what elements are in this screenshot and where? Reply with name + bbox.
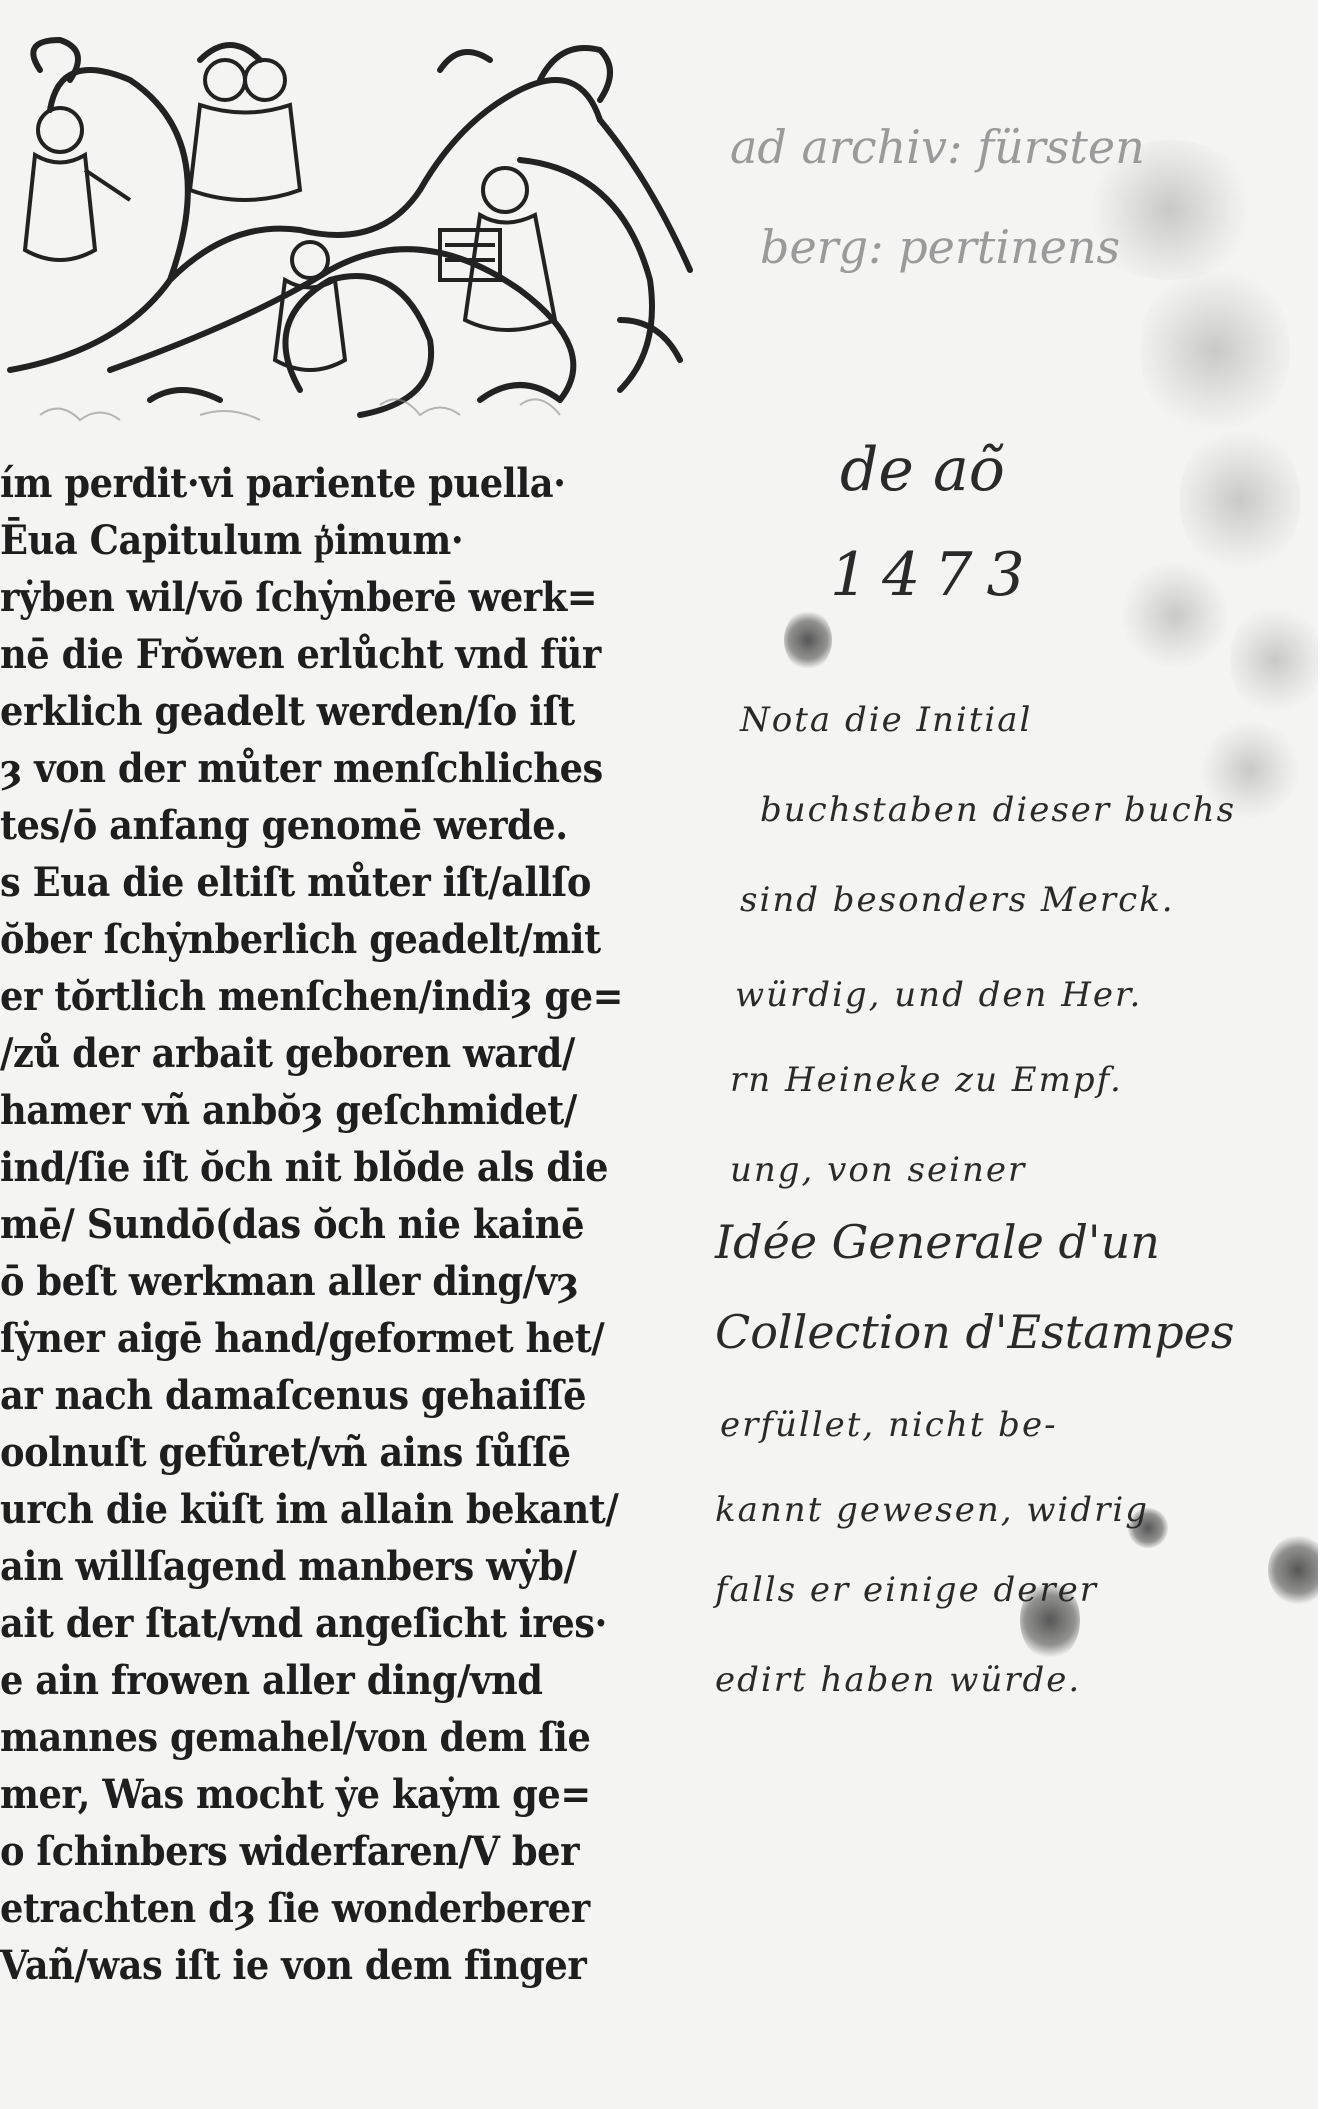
year: 1473 — [830, 540, 1039, 610]
archive-note-line-1: ad archiv: fürsten — [730, 120, 1145, 174]
printed-text-column: ím perdit·vi pariente puella· Ēua Capitu… — [0, 455, 690, 1994]
note-line: edirt haben würde. — [715, 1660, 1081, 1700]
scan-border — [1318, 0, 1338, 2109]
foxing-stain — [1140, 260, 1290, 440]
print-line: etrachten dȝ ſie wonderberer — [0, 1880, 635, 1937]
print-line-chapter-heading: Ēua Capitulum p͛imum· — [0, 512, 635, 569]
print-line: ím perdit·vi pariente puella· — [0, 455, 635, 512]
date-label: de aõ — [840, 435, 1005, 505]
print-line: erklich geadelt werden/ſo iſt — [0, 683, 635, 740]
foxing-stain — [1120, 560, 1230, 670]
note-line: kannt gewesen, widrig — [715, 1490, 1149, 1530]
print-line: er tŏrtlich menſchen/indiȝ ge= — [0, 968, 635, 1025]
note-line: falls er einige derer — [715, 1570, 1098, 1610]
note-line: würdig, und den Her. — [735, 975, 1142, 1015]
ink-blot — [1268, 1535, 1318, 1605]
print-line: ain willſagend manbers wẏb/ — [0, 1538, 635, 1595]
foxing-stain — [1230, 600, 1318, 720]
print-line: mer, Was mocht ẏe kaẏm ge= — [0, 1766, 635, 1823]
print-line: tes/ō anfang genomē werde. — [0, 797, 635, 854]
document-page: ím perdit·vi pariente puella· Ēua Capitu… — [0, 0, 1318, 2109]
note-line: erfüllet, nicht be- — [720, 1405, 1058, 1445]
print-line: Vañ/was iſt ie von dem finger — [0, 1937, 635, 1994]
print-line: mannes gemahel/von dem ſie — [0, 1709, 635, 1766]
print-line: ar nach damaſcenus gehaiſſē — [0, 1367, 635, 1424]
note-line: Nota die Initial — [740, 700, 1032, 740]
print-line: hamer vñ anbŏȝ geſchmidet/ — [0, 1082, 635, 1139]
print-line: /zů der arbait geboren ward/ — [0, 1025, 635, 1082]
archive-note-line-2: berg: pertinens — [760, 220, 1120, 274]
print-line: nē die Frŏwen erlůcht vnd für — [0, 626, 635, 683]
print-line: ſẏner aigē hand/geformet het/ — [0, 1310, 635, 1367]
note-line: buchstaben dieser buchs — [760, 790, 1236, 830]
print-line: ȝ von der můter menſchliches — [0, 740, 635, 797]
print-line: ŏber ſchẏnberlich geadelt/mit — [0, 911, 635, 968]
note-line: ung, von seiner — [730, 1150, 1026, 1190]
note-line: sind besonders Merck. — [740, 880, 1175, 920]
print-line: ind/ſie iſt ŏch nit blŏde als die — [0, 1139, 635, 1196]
note-line: Collection d'Estampes — [715, 1305, 1235, 1359]
woodcut-illustration-icon — [0, 20, 700, 430]
print-line: mē/ Sundō(das ŏch nie kainē — [0, 1196, 635, 1253]
print-line: ait der ſtat/vnd angeſicht ires· — [0, 1595, 635, 1652]
print-line: o ſchinbers widerfaren/V ber — [0, 1823, 635, 1880]
print-line: e ain frowen aller ding/vnd — [0, 1652, 635, 1709]
ink-blot — [784, 610, 832, 670]
print-line: ō beſt werkman aller ding/vȝ — [0, 1253, 635, 1310]
print-line: oolnuſt gefůret/vñ ains ſůſſē — [0, 1424, 635, 1481]
note-line: rn Heineke zu Empf. — [730, 1060, 1123, 1100]
print-line: rẏben wil/vō ſchẏnberē werk= — [0, 569, 635, 626]
note-line: Idée Generale d'un — [715, 1215, 1160, 1269]
print-line: s Eua die eltiſt můter iſt/allſo — [0, 854, 635, 911]
foxing-stain — [1180, 420, 1300, 580]
print-line: urch die küſt im allain bekant/ — [0, 1481, 635, 1538]
woodcut-ornament — [0, 20, 700, 430]
